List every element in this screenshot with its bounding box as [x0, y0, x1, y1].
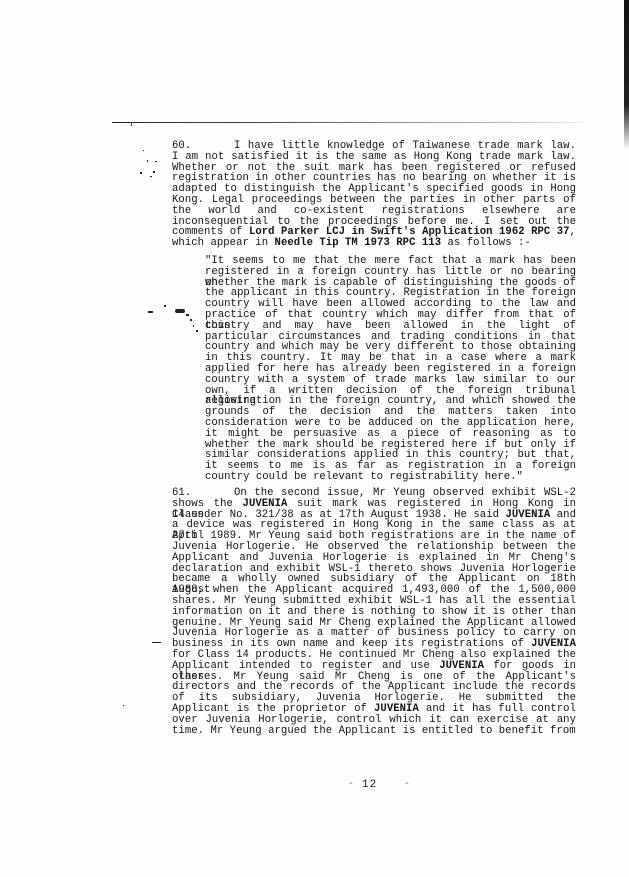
margin-speck [164, 305, 166, 307]
text-line: time. Mr Yeung argued the Applicant is e… [172, 726, 576, 737]
quote-line: country and may have been allowed in the… [205, 321, 576, 332]
quote-line: country with a system of trade marks law… [205, 375, 576, 386]
scanned-page: 60.I have little knowledge of Taiwanese … [0, 0, 629, 877]
top-rule-line [112, 122, 582, 123]
margin-speck [193, 325, 194, 327]
scan-edge-shadow [624, 0, 629, 150]
margin-speck [140, 172, 142, 174]
quote-line: country could be relevant to registrabil… [205, 472, 576, 483]
top-rule-tick-mark [131, 122, 132, 126]
margin-mark [148, 311, 153, 313]
bold-trademark: JUVENIA [243, 498, 288, 510]
margin-speck [153, 171, 155, 173]
paragraph-60: 60.I have little knowledge of Taiwanese … [172, 141, 576, 249]
text-line: the world and co-existent registrations … [172, 206, 576, 217]
paragraph-61: 61.On the second issue, Mr Yeung observe… [172, 488, 576, 736]
text-line: over Juvenia Horlogerie, control which i… [172, 715, 576, 726]
margin-speck [155, 161, 157, 162]
margin-speck [147, 160, 148, 162]
text-line: information on it and there is nothing t… [172, 607, 576, 618]
text-line: which appear in Needle Tip TM 1973 RPC 1… [172, 238, 576, 249]
page-number-dash-right: - [404, 779, 410, 790]
bold-citation: Needle Tip TM 1973 RPC 113 [275, 237, 442, 249]
bold-trademark: JUVENIA [439, 660, 484, 672]
quote-line: registered in a foreign country has litt… [205, 267, 576, 278]
quotation-block: "It seems to me that the mere fact that … [205, 256, 576, 483]
margin-mark [175, 309, 185, 313]
quote-line: it might be persuasive as a piece of rea… [205, 429, 576, 440]
margin-mark [186, 314, 189, 316]
margin-speck [196, 330, 198, 332]
text-line: I am not satisfied it is the same as Hon… [172, 152, 576, 163]
margin-speck [150, 176, 152, 177]
margin-speck [190, 319, 192, 321]
text-line: Applicant intended to register and use J… [172, 661, 576, 672]
page-number: 12 [362, 779, 377, 791]
margin-dash [152, 642, 161, 643]
page-number-dash-left: - [348, 779, 354, 790]
margin-speck [143, 150, 144, 151]
text-line: Applicant and Juvenia Horlogerie is expl… [172, 553, 576, 564]
margin-speck [123, 705, 124, 706]
